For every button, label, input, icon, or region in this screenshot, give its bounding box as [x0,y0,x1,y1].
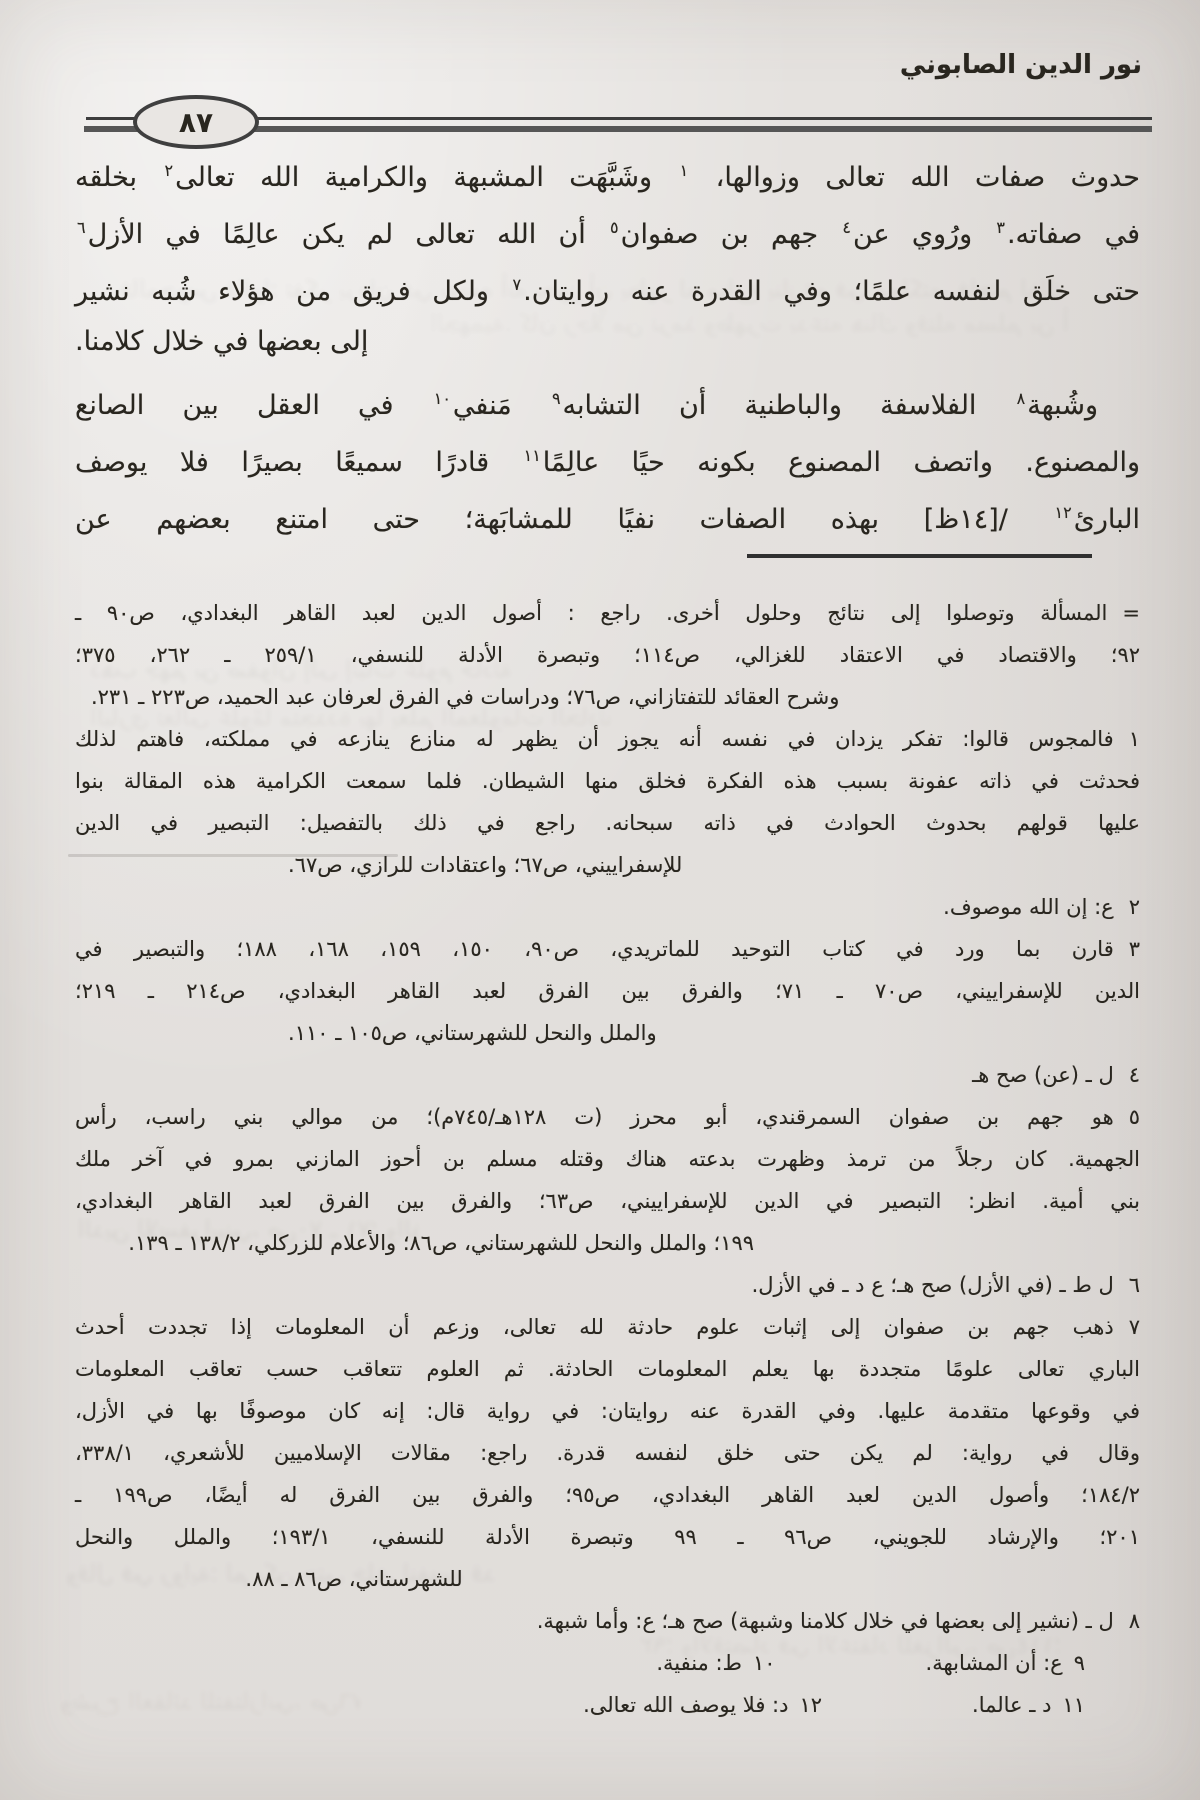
body-line: والمصنوع. واتصف المصنوع بكونه حيًا عالِم… [75,427,1140,484]
footnote-item: ١٠ط: منفية. [656,1642,775,1684]
body-line-text: قادرًا سميعًا بصيرًا فلا يوصف [75,447,522,478]
page-number: ٨٧ [179,106,213,139]
footnote-line: ٦ل ط ـ (في الأزل) صح هـ؛ ع د ـ في الأزل. [75,1264,1140,1306]
body-line-text: إلى بعضها في خلال كلامنا. [75,326,368,357]
footnote-text: هو جهم بن صفوان السمرقندي، أبو محرز (ت ١… [75,1105,1114,1129]
footnote-line: وشرح العقائد للتفتازاني، ص٧٦؛ ودراسات في… [75,676,1140,718]
footnote-text: الجهمية. كان رجلاً من ترمذ وظهرت بدعته ه… [75,1147,1140,1171]
body-line-text: في العقل بين الصانع [75,390,432,421]
footnote-line: الباري تعالى علومًا متجددة بها يعلم المع… [75,1348,1140,1390]
footnote-line: عليها قولهم بحدوث الحوادث في ذاته سبحانه… [75,802,1140,844]
footnote-item: ١١د ـ عالما. [972,1684,1085,1726]
footnote-pair-line: ٩ع: أن المشابهة.١٠ط: منفية. [75,1642,1140,1684]
footnote-number: = [1122,601,1140,625]
body-line-text: الفلاسفة والباطنية أن التشابه [563,390,1015,421]
footnote-text: ل ـ (نشير إلى بعضها في خلال كلامنا وشبهة… [537,1609,1114,1633]
footnote-text: للشهرستاني، ص٨٦ ـ ٨٨. [245,1567,462,1591]
footnote-text: وشرح العقائد للتفتازاني، ص٧٦؛ ودراسات في… [91,685,839,709]
footnote-line: ٢٠١؛ والإرشاد للجويني، ص٩٦ ـ ٩٩ وتبصرة ا… [75,1516,1140,1558]
footnote-marker: ٧ [511,275,524,294]
footnote-line: ٥هو جهم بن صفوان السمرقندي، أبو محرز (ت … [75,1096,1140,1138]
footnote-text: فحدثت في ذاته عفونة بسبب هذه الفكرة فخلق… [75,769,1140,793]
footnote-text: قارن بما ورد في كتاب التوحيد للماتريدي، … [75,937,1114,961]
footnote-number: ٦ [1129,1273,1140,1297]
footnote-pair-line: ١١د ـ عالما.١٢د: فلا يوصف الله تعالى. [75,1684,1140,1726]
footnote-line: ٤ل ـ (عن) صح هـ [75,1054,1140,1096]
footnote-text: وقال في رواية: لم يكن حتى خلق لنفسه قدرة… [75,1441,1140,1465]
footnote-line: للشهرستاني، ص٨٦ ـ ٨٨. [75,1558,1140,1600]
footnote-text: ١٨٤/٢؛ وأصول الدين لعبد القاهر البغدادي،… [75,1483,1140,1507]
footnote-marker: ٣ [994,218,1007,237]
footnotes: =المسألة وتوصلوا إلى نتائج وحلول أخرى. ر… [75,592,1140,1726]
footnote-text: ٩٢؛ والاقتصاد في الاعتقاد للغزالي، ص١١٤؛… [75,643,1140,667]
footnote-number: ١٢ [799,1693,822,1717]
footnote-line: بني أمية. انظر: التبصير في الدين للإسفرا… [75,1180,1140,1222]
footnote-marker: ١ [678,161,691,180]
body-line-text: أن الله تعالى لم يكن عالِمًا في الأزل [88,219,608,250]
body-line-text: وشَبَّهَت المشبهة والكرامية الله تعالى [175,162,677,193]
body-line: حتى خلَق لنفسه علمًا؛ وفي القدرة عنه روا… [75,256,1140,313]
body-line-text: بخلقه [75,162,163,193]
footnote-number: ٤ [1129,1063,1140,1087]
footnote-text: ط: منفية. [656,1651,742,1675]
footnote-text: ع: إن الله موصوف. [943,895,1114,919]
body-line-text: حدوث صفات الله تعالى وزوالها، [690,162,1140,193]
footnote-line: ٧ذهب جهم بن صفوان إلى إثبات علوم حادثة ل… [75,1306,1140,1348]
footnote-marker: ١٢ [1053,503,1074,522]
footnote-marker: ٤ [840,218,853,237]
footnote-line: ١٨٤/٢؛ وأصول الدين لعبد القاهر البغدادي،… [75,1474,1140,1516]
footnote-text: الباري تعالى علومًا متجددة بها يعلم المع… [75,1357,1140,1381]
body-line-text: وشُبهة [1027,390,1098,421]
footnote-number: ١ [1129,727,1140,751]
page-title: نور الدين الصابوني [900,50,1142,80]
footnote-text: ٢٠١؛ والإرشاد للجويني، ص٩٦ ـ ٩٩ وتبصرة ا… [75,1525,1140,1549]
footnote-line: في وقوعها متقدمة عليها. وفي القدرة عنه ر… [75,1390,1140,1432]
footnote-number: ١١ [1062,1693,1085,1717]
footnote-text: الدين للإسفراييني، ص٧٠ ـ ٧١؛ والفرق بين … [75,979,1140,1003]
body-line-text: ولكل فريق من هؤلاء شُبه نشير [75,276,511,307]
footnote-marker: ٩ [550,389,563,408]
footnote-text: ذهب جهم بن صفوان إلى إثبات علوم حادثة لل… [75,1315,1114,1339]
footnote-number: ٧ [1129,1315,1140,1339]
body-line: وشُبهة٨ الفلاسفة والباطنية أن التشابه٩ م… [75,370,1140,427]
footnote-number: ١٠ [753,1651,776,1675]
footnote-number: ٥ [1129,1105,1140,1129]
footnote-text: ١٩٩؛ والملل والنحل للشهرستاني، ص٨٦؛ والأ… [128,1231,754,1255]
footnote-line: ٣قارن بما ورد في كتاب التوحيد للماتريدي،… [75,928,1140,970]
page-number-badge: ٨٧ [133,95,259,149]
footnote-text: د: فلا يوصف الله تعالى. [583,1693,788,1717]
footnote-text: والملل والنحل للشهرستاني، ص١٠٥ ـ ١١٠. [288,1021,657,1045]
body-line-text: البارئ [1074,504,1140,535]
bleed-through-line [68,854,398,857]
footnote-text: في وقوعها متقدمة عليها. وفي القدرة عنه ر… [75,1399,1140,1423]
footnote-marker: ٨ [1015,389,1028,408]
footnote-text: المسألة وتوصلوا إلى نتائج وحلول أخرى. را… [75,601,1107,625]
footnote-text: ع: أن المشابهة. [926,1651,1063,1675]
book-page: نور الدين الصابوني ٨٧ حدوث صفات الله تعا… [0,0,1200,1800]
footnote-text: د ـ عالما. [972,1693,1051,1717]
footnote-item: ٩ع: أن المشابهة. [926,1642,1085,1684]
body-line-text: حتى خلَق لنفسه علمًا؛ وفي القدرة عنه روا… [523,276,1140,307]
footnote-text: فالمجوس قالوا: تفكر يزدان في نفسه أنه يج… [75,727,1114,751]
footnote-number: ٢ [1129,895,1140,919]
body-line-text: مَنفي [453,390,550,421]
body-line-text: ورُوي عن [853,219,994,250]
footnote-number: ٣ [1129,937,1140,961]
body-text: حدوث صفات الله تعالى وزوالها، ١ وشَبَّهَ… [75,142,1140,541]
body-line-text: والمصنوع. واتصف المصنوع بكونه حيًا عالِم… [543,447,1140,478]
body-line: البارئ١٢ /[١٤ظ] بهذه الصفات نفيًا للمشاب… [75,484,1140,541]
footnote-text: ل ط ـ (في الأزل) صح هـ؛ ع د ـ في الأزل. [752,1273,1114,1297]
footnote-line: ١٩٩؛ والملل والنحل للشهرستاني، ص٨٦؛ والأ… [75,1222,1140,1264]
footnote-separator [747,554,1092,558]
footnote-text: بني أمية. انظر: التبصير في الدين للإسفرا… [75,1189,1140,1213]
footnote-line: للإسفراييني، ص٦٧؛ واعتقادات للرازي، ص٦٧. [75,844,1140,886]
footnote-number: ٩ [1074,1651,1085,1675]
footnote-marker: ١٠ [432,389,453,408]
footnote-line: ٩٢؛ والاقتصاد في الاعتقاد للغزالي، ص١١٤؛… [75,634,1140,676]
body-line: في صفاته.٣ ورُوي عن٤ جهم بن صفوان٥ أن ال… [75,199,1140,256]
footnote-marker: ١١ [522,446,543,465]
footnote-line: الدين للإسفراييني، ص٧٠ ـ ٧١؛ والفرق بين … [75,970,1140,1012]
footnote-line: =المسألة وتوصلوا إلى نتائج وحلول أخرى. ر… [75,592,1140,634]
body-line-text: جهم بن صفوان [621,219,841,250]
footnote-number: ٨ [1129,1609,1140,1633]
body-line: إلى بعضها في خلال كلامنا. [75,313,1140,370]
footnote-line: ١فالمجوس قالوا: تفكر يزدان في نفسه أنه ي… [75,718,1140,760]
footnote-line: الجهمية. كان رجلاً من ترمذ وظهرت بدعته ه… [75,1138,1140,1180]
body-line: حدوث صفات الله تعالى وزوالها، ١ وشَبَّهَ… [75,142,1140,199]
footnote-text: ل ـ (عن) صح هـ [972,1063,1114,1087]
footnote-line: والملل والنحل للشهرستاني، ص١٠٥ ـ ١١٠. [75,1012,1140,1054]
body-line-text: في صفاته. [1007,219,1140,250]
footnote-line: ٢ع: إن الله موصوف. [75,886,1140,928]
footnote-line: وقال في رواية: لم يكن حتى خلق لنفسه قدرة… [75,1432,1140,1474]
footnote-marker: ٥ [608,218,621,237]
footnote-line: ٨ل ـ (نشير إلى بعضها في خلال كلامنا وشبه… [75,1600,1140,1642]
footnote-marker: ٢ [163,161,176,180]
footnote-marker: ٦ [75,218,88,237]
footnote-item: ١٢د: فلا يوصف الله تعالى. [583,1684,822,1726]
footnote-text: عليها قولهم بحدوث الحوادث في ذاته سبحانه… [75,811,1140,835]
body-line-text: /[١٤ظ] بهذه الصفات نفيًا للمشابَهة؛ حتى … [75,504,1053,535]
footnote-line: فحدثت في ذاته عفونة بسبب هذه الفكرة فخلق… [75,760,1140,802]
